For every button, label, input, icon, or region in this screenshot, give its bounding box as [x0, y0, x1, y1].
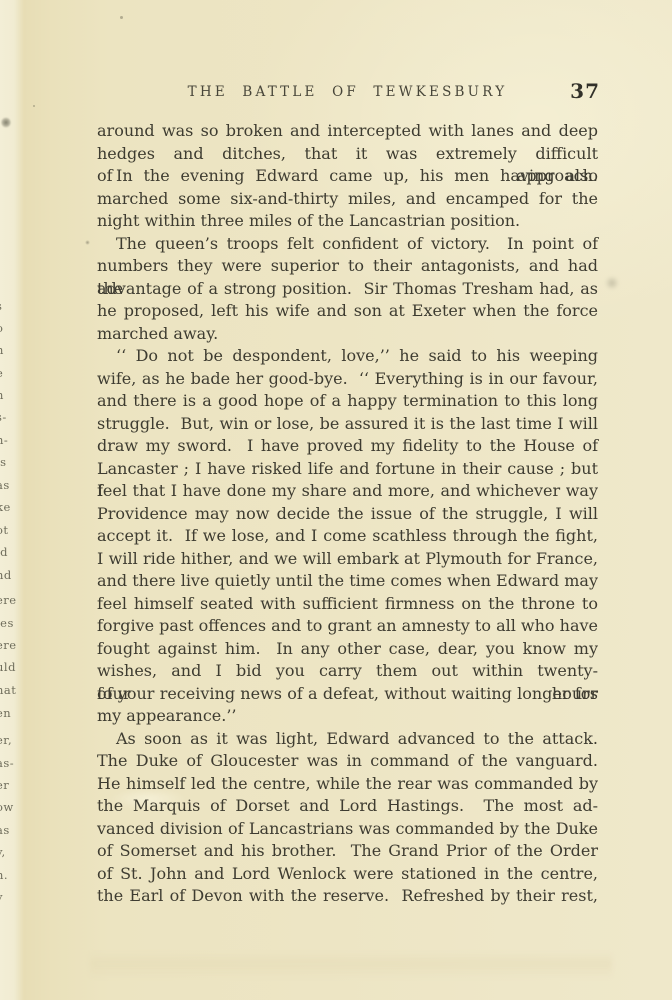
page-title: THE BATTLE OF TEWKESBURY [97, 84, 598, 100]
facing-page-text-fragment: s- [0, 410, 7, 424]
facing-page-text-fragment: n- [0, 433, 8, 447]
facing-page-text-fragment: as [0, 823, 10, 837]
paper-speck [85, 240, 90, 245]
text-line: hedges and ditches, that it was extremel… [97, 143, 598, 166]
text-line: numbers they were superior to their anta… [97, 255, 598, 278]
facing-page-text-fragment: hat [0, 683, 16, 697]
paper-speck [120, 16, 123, 19]
facing-page-text-fragment: ow [0, 800, 14, 814]
text-line: marched away. [97, 323, 598, 346]
text-line: advantage of a strong position. Sir Thom… [97, 278, 598, 301]
facing-page-text-fragment: s [0, 299, 2, 313]
facing-page-edge: l-sonens-n-isaskeotldnderelesereuldhaten… [0, 0, 16, 1000]
text-line: wife, as he bade her good-bye. ‘‘ Everyt… [97, 368, 598, 391]
text-block: around was so broken and intercepted wit… [97, 120, 598, 908]
facing-page-text-fragment: les [0, 616, 14, 630]
text-line: wishes, and I bid you carry them out wit… [97, 660, 598, 683]
text-line: he proposed, left his wife and son at Ex… [97, 300, 598, 323]
text-line: I will ride hither, and we will embark a… [97, 548, 598, 571]
text-line: fought against him. In any other case, d… [97, 638, 598, 661]
text-line: feel himself seated with sufficient firm… [97, 593, 598, 616]
running-header: THE BATTLE OF TEWKESBURY 37 [97, 82, 598, 106]
facing-page-text-fragment: uld [0, 660, 16, 674]
facing-page-text-fragment: ot [0, 523, 9, 537]
text-line: night within three miles of the Lancastr… [97, 210, 598, 233]
facing-page-text-fragment: nd [0, 568, 12, 582]
text-line: around was so broken and intercepted wit… [97, 120, 598, 143]
text-line: The Duke of Gloucester was in command of… [97, 750, 598, 773]
facing-page-text-fragment: y [0, 890, 3, 904]
facing-page-text-fragment: as [0, 478, 10, 492]
facing-page-text-fragment: as- [0, 756, 14, 770]
facing-page-text-fragment: n. [0, 868, 8, 882]
paper-streaks [90, 952, 612, 978]
paper-smudge [604, 277, 620, 289]
paper-speck [33, 105, 35, 107]
facing-page-text-fragment: e [0, 366, 3, 380]
facing-page-text-fragment: er [0, 778, 9, 792]
text-line: the Earl of Devon with the reserve. Refr… [97, 885, 598, 908]
facing-page-text-fragment: ere [0, 593, 16, 607]
facing-page-text-fragment: en [0, 706, 11, 720]
text-line: forgive past offences and to grant an am… [97, 615, 598, 638]
book-page-scan: l-sonens-n-isaskeotldnderelesereuldhaten… [0, 0, 672, 1000]
facing-page-text-fragment: n [0, 388, 4, 402]
text-line: marched some six-and-thirty miles, and e… [97, 188, 598, 211]
facing-page-text-fragment: ld [0, 545, 8, 559]
text-line: the Marquis of Dorset and Lord Hastings.… [97, 795, 598, 818]
text-line: He himself led the centre, while the rea… [97, 773, 598, 796]
page-number: 37 [570, 79, 600, 103]
text-line: In the evening Edward came up, his men h… [97, 165, 598, 188]
text-line: struggle. But, win or lose, be assured i… [97, 413, 598, 436]
text-line: Providence may now decide the issue of t… [97, 503, 598, 526]
text-line: Lancaster ; I have risked life and fortu… [97, 458, 598, 481]
text-line: accept it. If we lose, and I come scathl… [97, 525, 598, 548]
text-line: of Somerset and his brother. The Grand P… [97, 840, 598, 863]
text-line: As soon as it was light, Edward advanced… [97, 728, 598, 751]
text-line: vanced division of Lancastrians was comm… [97, 818, 598, 841]
facing-page-text-fragment: ke [0, 500, 11, 514]
text-line: ‘‘ Do not be despondent, love,’’ he said… [97, 345, 598, 368]
facing-page-text-fragment: y, [0, 845, 6, 859]
facing-page-text-fragment: er, [0, 733, 12, 747]
text-line: my appearance.’’ [97, 705, 598, 728]
text-line: of your receiving news of a defeat, with… [97, 683, 598, 706]
text-line: draw my sword. I have proved my fidelity… [97, 435, 598, 458]
facing-page-text-fragment: ere [0, 638, 16, 652]
facing-page-text-fragment: n [0, 343, 4, 357]
facing-page-text-fragment: o [0, 321, 3, 335]
facing-page-text-fragment: is [0, 455, 7, 469]
text-line: and there is a good hope of a happy term… [97, 390, 598, 413]
text-line: and there live quietly until the time co… [97, 570, 598, 593]
text-line: The queen’s troops felt confident of vic… [97, 233, 598, 256]
text-line: feel that I have done my share and more,… [97, 480, 598, 503]
text-line: of St. John and Lord Wenlock were statio… [97, 863, 598, 886]
